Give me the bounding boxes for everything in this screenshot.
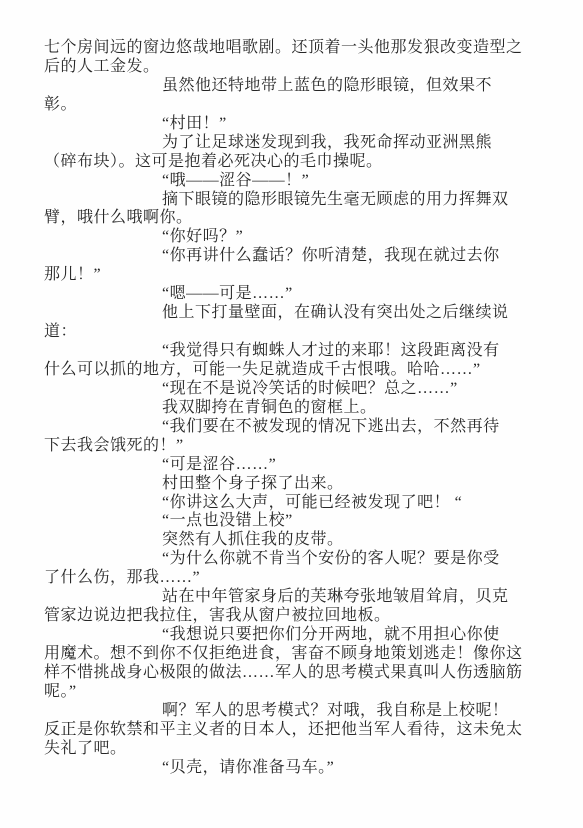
text-line: 突然有人抓住我的皮带。 bbox=[44, 531, 544, 550]
text-line: 失礼了吧。 bbox=[44, 740, 544, 759]
text-line: 彰。 bbox=[44, 96, 544, 115]
text-line: 样不惜挑战身心极限的做法……军人的思考模式果真叫人伤透脑筋 bbox=[44, 664, 544, 683]
text-line: 七个房间远的窗边悠哉地唱歌剧。还顶着一头他那发狠改变造型之 bbox=[44, 39, 544, 58]
page-text: 七个房间远的窗边悠哉地唱歌剧。还顶着一头他那发狠改变造型之后的人工金发。虽然他还… bbox=[44, 39, 544, 778]
text-line: 啊？军人的思考模式？对哦，我自称是上校呢！ bbox=[44, 702, 544, 721]
text-line: 什么可以抓的地方，可能一失足就造成千古恨哦。哈哈……” bbox=[44, 361, 544, 380]
text-line: “可是涩谷……” bbox=[44, 456, 544, 475]
text-line: “村田！” bbox=[44, 115, 544, 134]
text-line: 用魔术。想不到你不仅拒绝进食，害奋不顾身地策划逃走！像你这 bbox=[44, 645, 544, 664]
text-line: “我觉得只有蜘蛛人才过的来耶！这段距离没有 bbox=[44, 342, 544, 361]
text-line: 了什么伤，那我……” bbox=[44, 569, 544, 588]
text-line: “哦——涩谷——！” bbox=[44, 172, 544, 191]
text-line: 道： bbox=[44, 323, 544, 342]
text-line: 站在中年管家身后的芙琳夸张地皱眉耸肩，贝克 bbox=[44, 588, 544, 607]
text-line: “一点也没错上校” bbox=[44, 512, 544, 531]
text-line: 下去我会饿死的！” bbox=[44, 437, 544, 456]
text-line: 我双脚挎在青铜色的窗框上。 bbox=[44, 399, 544, 418]
text-line: “你讲这么大声，可能已经被发现了吧！ “ bbox=[44, 494, 544, 513]
text-line: 虽然他还特地带上蓝色的隐形眼镜，但效果不 bbox=[44, 77, 544, 96]
text-line: “你好吗？” bbox=[44, 228, 544, 247]
text-line: 村田整个身子探了出来。 bbox=[44, 475, 544, 494]
text-line: 臂，哦什么哦啊你。 bbox=[44, 209, 544, 228]
text-line: 为了让足球迷发现到我，我死命挥动亚洲黑熊 bbox=[44, 134, 544, 153]
text-line: 摘下眼镜的隐形眼镜先生毫无顾虑的用力挥舞双 bbox=[44, 191, 544, 210]
text-line: “贝壳，请你准备马车。” bbox=[44, 759, 544, 778]
text-line: “我想说只要把你们分开两地，就不用担心你使 bbox=[44, 626, 544, 645]
text-line: “嗯——可是……” bbox=[44, 285, 544, 304]
novel-page: 七个房间远的窗边悠哉地唱歌剧。还顶着一头他那发狠改变造型之后的人工金发。虽然他还… bbox=[0, 0, 583, 828]
text-line: “现在不是说冷笑话的时候吧？总之……” bbox=[44, 380, 544, 399]
text-line: 呢。” bbox=[44, 683, 544, 702]
text-line: “我们要在不被发现的情况下逃出去，不然再待 bbox=[44, 418, 544, 437]
text-line: 他上下打量壁面，在确认没有突出处之后继续说 bbox=[44, 304, 544, 323]
text-line: “为什么你就不肯当个安份的客人呢？要是你受 bbox=[44, 550, 544, 569]
text-line: 管家边说边把我拉住，害我从窗户被拉回地板。 bbox=[44, 607, 544, 626]
text-line: “你再讲什么蠢话？你听清楚，我现在就过去你 bbox=[44, 247, 544, 266]
text-line: 后的人工金发。 bbox=[44, 58, 544, 77]
text-line: （碎布块）。这可是抱着必死决心的毛巾操呢。 bbox=[44, 153, 544, 172]
text-line: 那儿！” bbox=[44, 266, 544, 285]
text-line: 反正是你软禁和平主义者的日本人，还把他当军人看待，这未免太 bbox=[44, 721, 544, 740]
